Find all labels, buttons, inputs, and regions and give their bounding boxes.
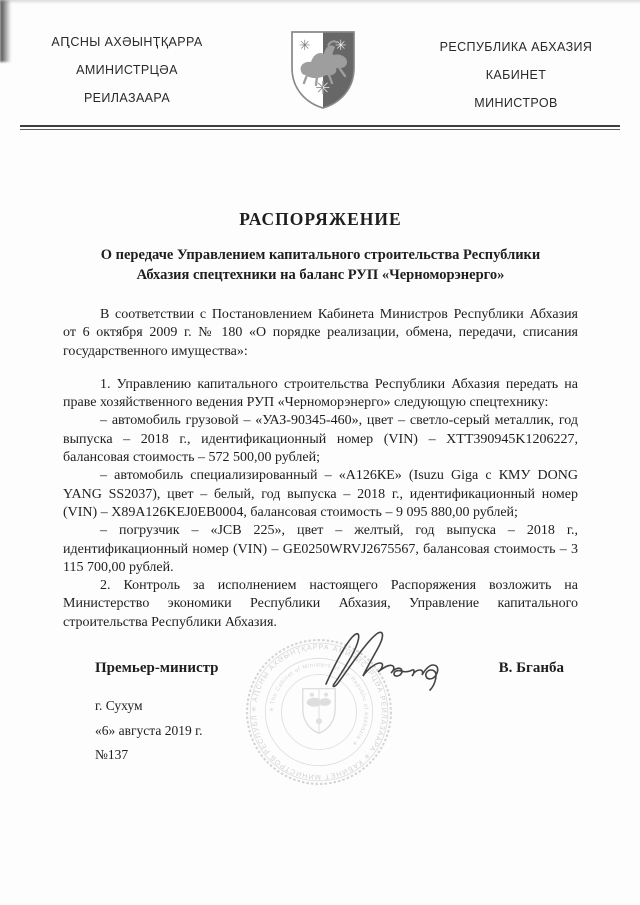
document-page: АԤСНЫ АХӘЫНҬҚАРРА АМИНИСТРЦӘА РЕИЛАЗААРА… [0,0,640,905]
document-body: РАСПОРЯЖЕНИЕ О передаче Управлением капи… [0,209,640,632]
star-icon: ✳ [299,37,311,53]
signer-name: В. Бганба [499,660,564,677]
paragraph-vehicle-uaz: – автомобиль грузовой – «УАЗ-90345-460»,… [63,412,578,467]
coat-of-arms-icon: ✳ ✳ ✳ ✳ [288,28,358,108]
paragraph-vehicle-isuzu: – автомобиль специализированный – «А126К… [63,467,578,522]
signature-area: ✳ АԤСНЫ АХӘЫНҬҚАРРА АМИНИСТРЦӘА РЕИЛАЗАА… [0,660,640,850]
signature-image [318,628,488,692]
org-line: МИНИСТРОВ [406,89,626,117]
letterhead: АԤСНЫ АХӘЫНҬҚАРРА АМИНИСТРЦӘА РЕИЛАЗААРА… [0,0,640,117]
org-name-abkhaz: АԤСНЫ АХӘЫНҬҚАРРА АМИНИСТРЦӘА РЕИЛАЗААРА [14,28,240,112]
org-line: КАБИНЕТ [406,61,626,89]
scan-top-artifact [0,0,640,4]
paragraph-vehicle-jcb: – погрузчик – «JCB 225», цвет – желтый, … [63,522,578,577]
paragraph-item-2: 2. Контроль за исполнением настоящего Ра… [63,577,578,632]
paragraph-item-1: 1. Управлению капитального строительства… [63,376,578,413]
scan-edge-artifact [0,0,11,62]
date-line: «6» августа 2019 г. [95,719,640,744]
document-title: РАСПОРЯЖЕНИЕ [63,209,578,230]
document-meta: г. Сухум «6» августа 2019 г. №137 [95,694,640,768]
org-name-russian: РЕСПУБЛИКА АБХАЗИЯ КАБИНЕТ МИНИСТРОВ [406,28,626,117]
city-line: г. Сухум [95,694,640,719]
document-subtitle: О передаче Управлением капитального стро… [82,246,560,285]
org-line: РЕИЛАЗААРА [14,84,240,112]
org-line: АМИНИСТРЦӘА [14,56,240,84]
paragraph-preamble: В соответствии с Постановлением Кабинета… [63,306,578,361]
signer-title: Премьер-министр [95,660,219,677]
org-line: АԤСНЫ АХӘЫНҬҚАРРА [14,28,240,56]
star-icon: ✳ [335,37,347,53]
letterhead-divider [20,125,620,130]
number-line: №137 [95,743,640,768]
org-line: РЕСПУБЛИКА АБХАЗИЯ [406,33,626,61]
